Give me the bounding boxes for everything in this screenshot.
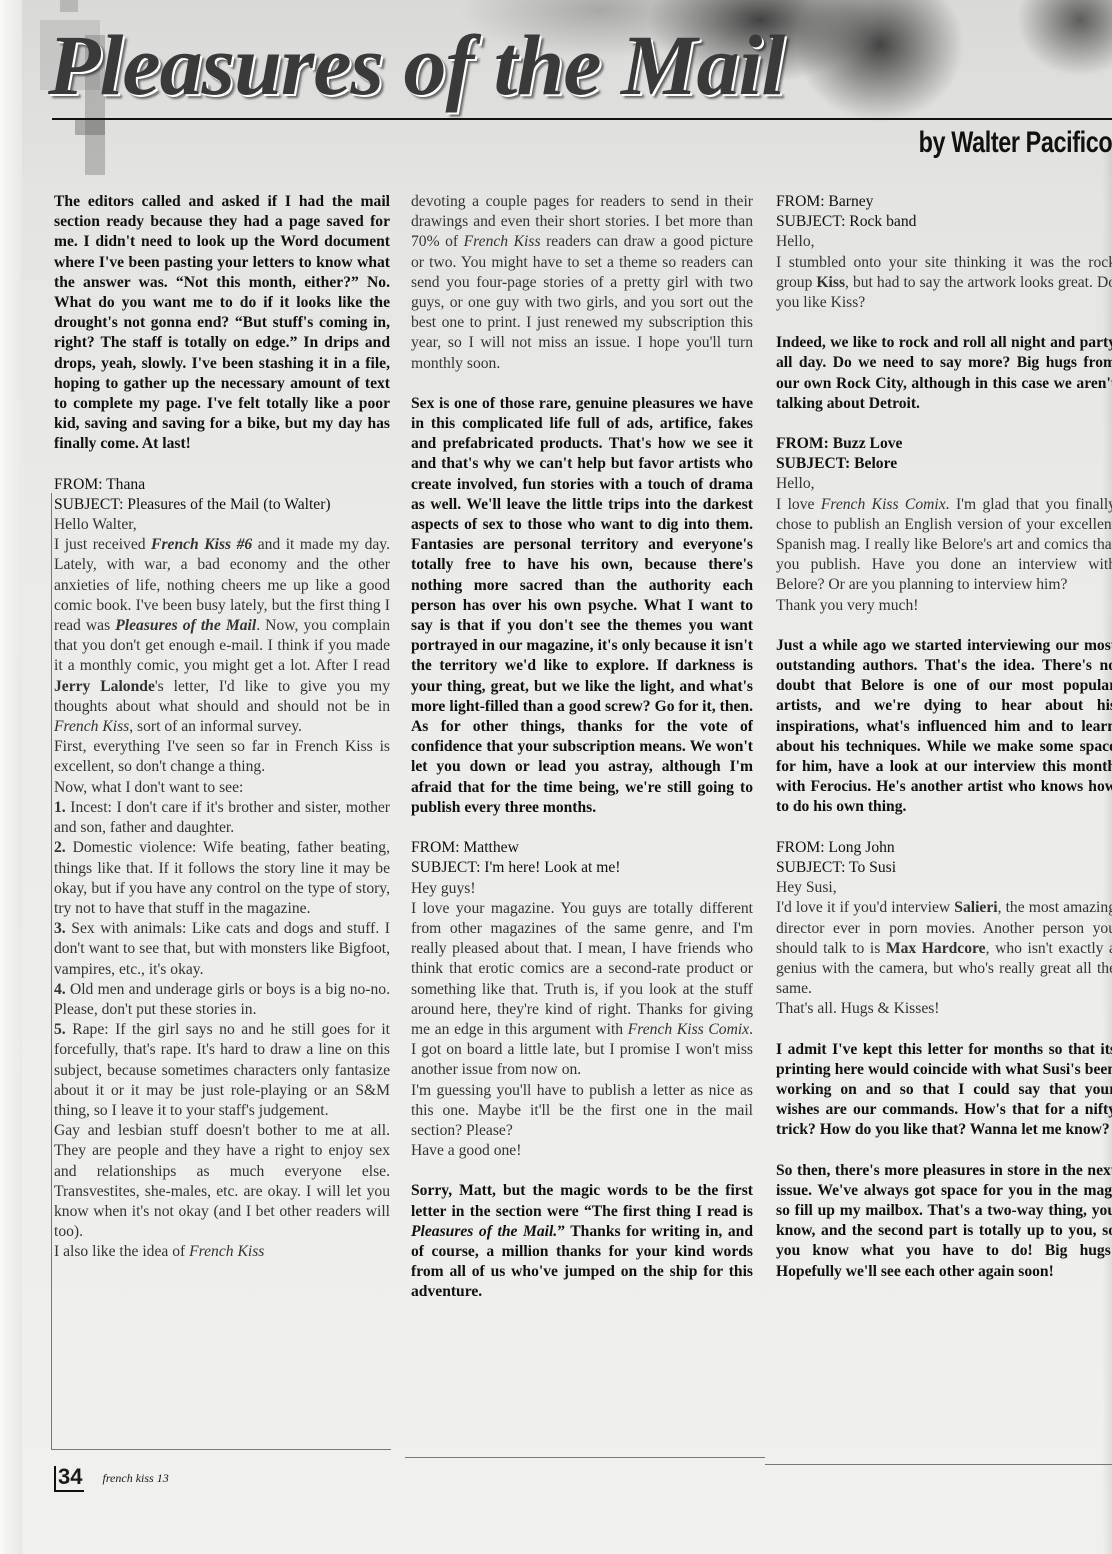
letter-paragraph: I just received French Kiss #6 and it ma… (54, 535, 390, 737)
letter-paragraph-continued: devoting a couple pages for readers to s… (411, 192, 753, 374)
column-3: FROM: Barney SUBJECT: Rock band Hello, I… (776, 192, 1112, 1282)
letter-paragraph: I'd love it if you'd interview Salieri, … (776, 898, 1112, 999)
column-rule (405, 1457, 765, 1458)
letter-paragraph: Thank you very much! (776, 596, 1112, 616)
letter-from: FROM: Long John (776, 838, 1112, 858)
letter-greeting: Hello, (776, 232, 1112, 252)
letter-buzz-love: FROM: Buzz Love SUBJECT: Belore Hello, I… (776, 434, 1112, 818)
letter-subject: SUBJECT: I'm here! Look at me! (411, 858, 753, 878)
letter-greeting: Hello, (776, 474, 1112, 494)
letter-paragraph: I love your magazine. You guys are total… (411, 899, 753, 1081)
publication-name: french kiss 13 (102, 1471, 168, 1492)
letter-from: FROM: Thana (54, 475, 390, 495)
column-2: devoting a couple pages for readers to s… (411, 192, 753, 1303)
letter-paragraph: That's all. Hugs & Kisses! (776, 999, 1112, 1019)
page-edge (0, 0, 22, 1554)
letter-barney: FROM: Barney SUBJECT: Rock band Hello, I… (776, 192, 1112, 414)
column-1: The editors called and asked if I had th… (54, 192, 390, 1263)
article-header: Pleasures of the Mail by Walter Pacifico (0, 0, 1112, 190)
editor-reply: I admit I've kept this letter for months… (776, 1040, 1112, 1141)
page-number: 34 (54, 1466, 84, 1492)
column-rule (765, 1464, 1112, 1465)
byline: by Walter Pacifico (918, 126, 1112, 160)
letter-greeting: Hey guys! (411, 879, 753, 899)
list-item: 2. Domestic violence: Wife beating, fath… (54, 838, 390, 919)
list-item: 3. Sex with animals: Like cats and dogs … (54, 919, 390, 980)
letter-from: FROM: Matthew (411, 838, 753, 858)
letter-paragraph: Now, what I don't want to see: (54, 778, 390, 798)
editor-reply: Sex is one of those rare, genuine pleasu… (411, 394, 753, 818)
editor-reply: Just a while ago we started interviewing… (776, 636, 1112, 818)
intro-paragraph: The editors called and asked if I had th… (54, 192, 390, 455)
letter-paragraph: I stumbled onto your site thinking it wa… (776, 253, 1112, 314)
letter-subject: SUBJECT: Pleasures of the Mail (to Walte… (54, 495, 390, 515)
letter-greeting: Hello Walter, (54, 515, 390, 535)
letter-long-john: FROM: Long John SUBJECT: To Susi Hey Sus… (776, 838, 1112, 1141)
letter-from: FROM: Barney (776, 192, 1112, 212)
letter-paragraph: I also like the idea of French Kiss (54, 1242, 390, 1262)
letter-paragraph: I'm guessing you'll have to publish a le… (411, 1081, 753, 1142)
list-item: 5. Rape: If the girl says no and he stil… (54, 1020, 390, 1121)
editor-reply: Sorry, Matt, but the magic words to be t… (411, 1181, 753, 1302)
list-item: 1. Incest: I don't care if it's brother … (54, 798, 390, 838)
closing-paragraph: So then, there's more pleasures in store… (776, 1161, 1112, 1282)
letter-subject: SUBJECT: Rock band (776, 212, 1112, 232)
letter-paragraph: First, everything I've seen so far in Fr… (54, 737, 390, 777)
letter-thana: FROM: Thana SUBJECT: Pleasures of the Ma… (54, 475, 390, 1263)
letter-matthew: FROM: Matthew SUBJECT: I'm here! Look at… (411, 838, 753, 1302)
article-title: Pleasures of the Mail (48, 22, 784, 108)
title-rule (52, 118, 1112, 120)
page-footer: 34 french kiss 13 (54, 1466, 169, 1492)
letter-subject: SUBJECT: To Susi (776, 858, 1112, 878)
letter-subject: SUBJECT: Belore (776, 454, 1112, 474)
editor-reply: Indeed, we like to rock and roll all nig… (776, 333, 1112, 414)
letter-from: FROM: Buzz Love (776, 434, 1112, 454)
letter-paragraph: I love French Kiss Comix. I'm glad that … (776, 495, 1112, 596)
letter-greeting: Hey Susi, (776, 878, 1112, 898)
letter-paragraph: Have a good one! (411, 1141, 753, 1161)
list-item: 4. Old men and underage girls or boys is… (54, 980, 390, 1020)
letter-paragraph: Gay and lesbian stuff doesn't bother to … (54, 1121, 390, 1242)
